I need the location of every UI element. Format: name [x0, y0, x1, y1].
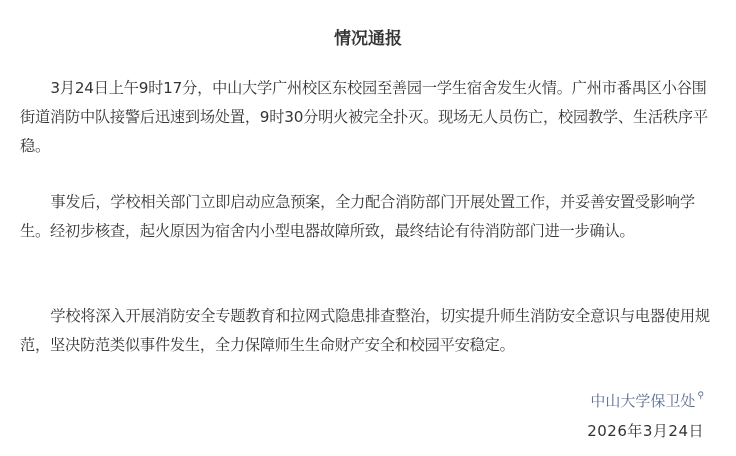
signature[interactable]: 中山大学保卫处⚲ — [590, 390, 704, 411]
paragraph-3: 学校将深入开展消防安全专题教育和拉网式隐患排查整治，切实提升师生消防安全意识与电… — [20, 302, 710, 360]
paragraph-1: 3月24日上午9时17分，中山大学广州校区东校园至善园一学生宿舍发生火情。广州市… — [20, 74, 710, 161]
signature-date: 2026年3月24日 — [587, 420, 704, 441]
page-title: 情况通报 — [0, 24, 736, 49]
paragraph-2: 事发后，学校相关部门立即启动应急预案，全力配合消防部门开展处置工作，并妥善安置受… — [20, 188, 710, 246]
search-icon[interactable]: ⚲ — [697, 391, 704, 401]
signature-org-link[interactable]: 中山大学保卫处 — [590, 392, 695, 410]
